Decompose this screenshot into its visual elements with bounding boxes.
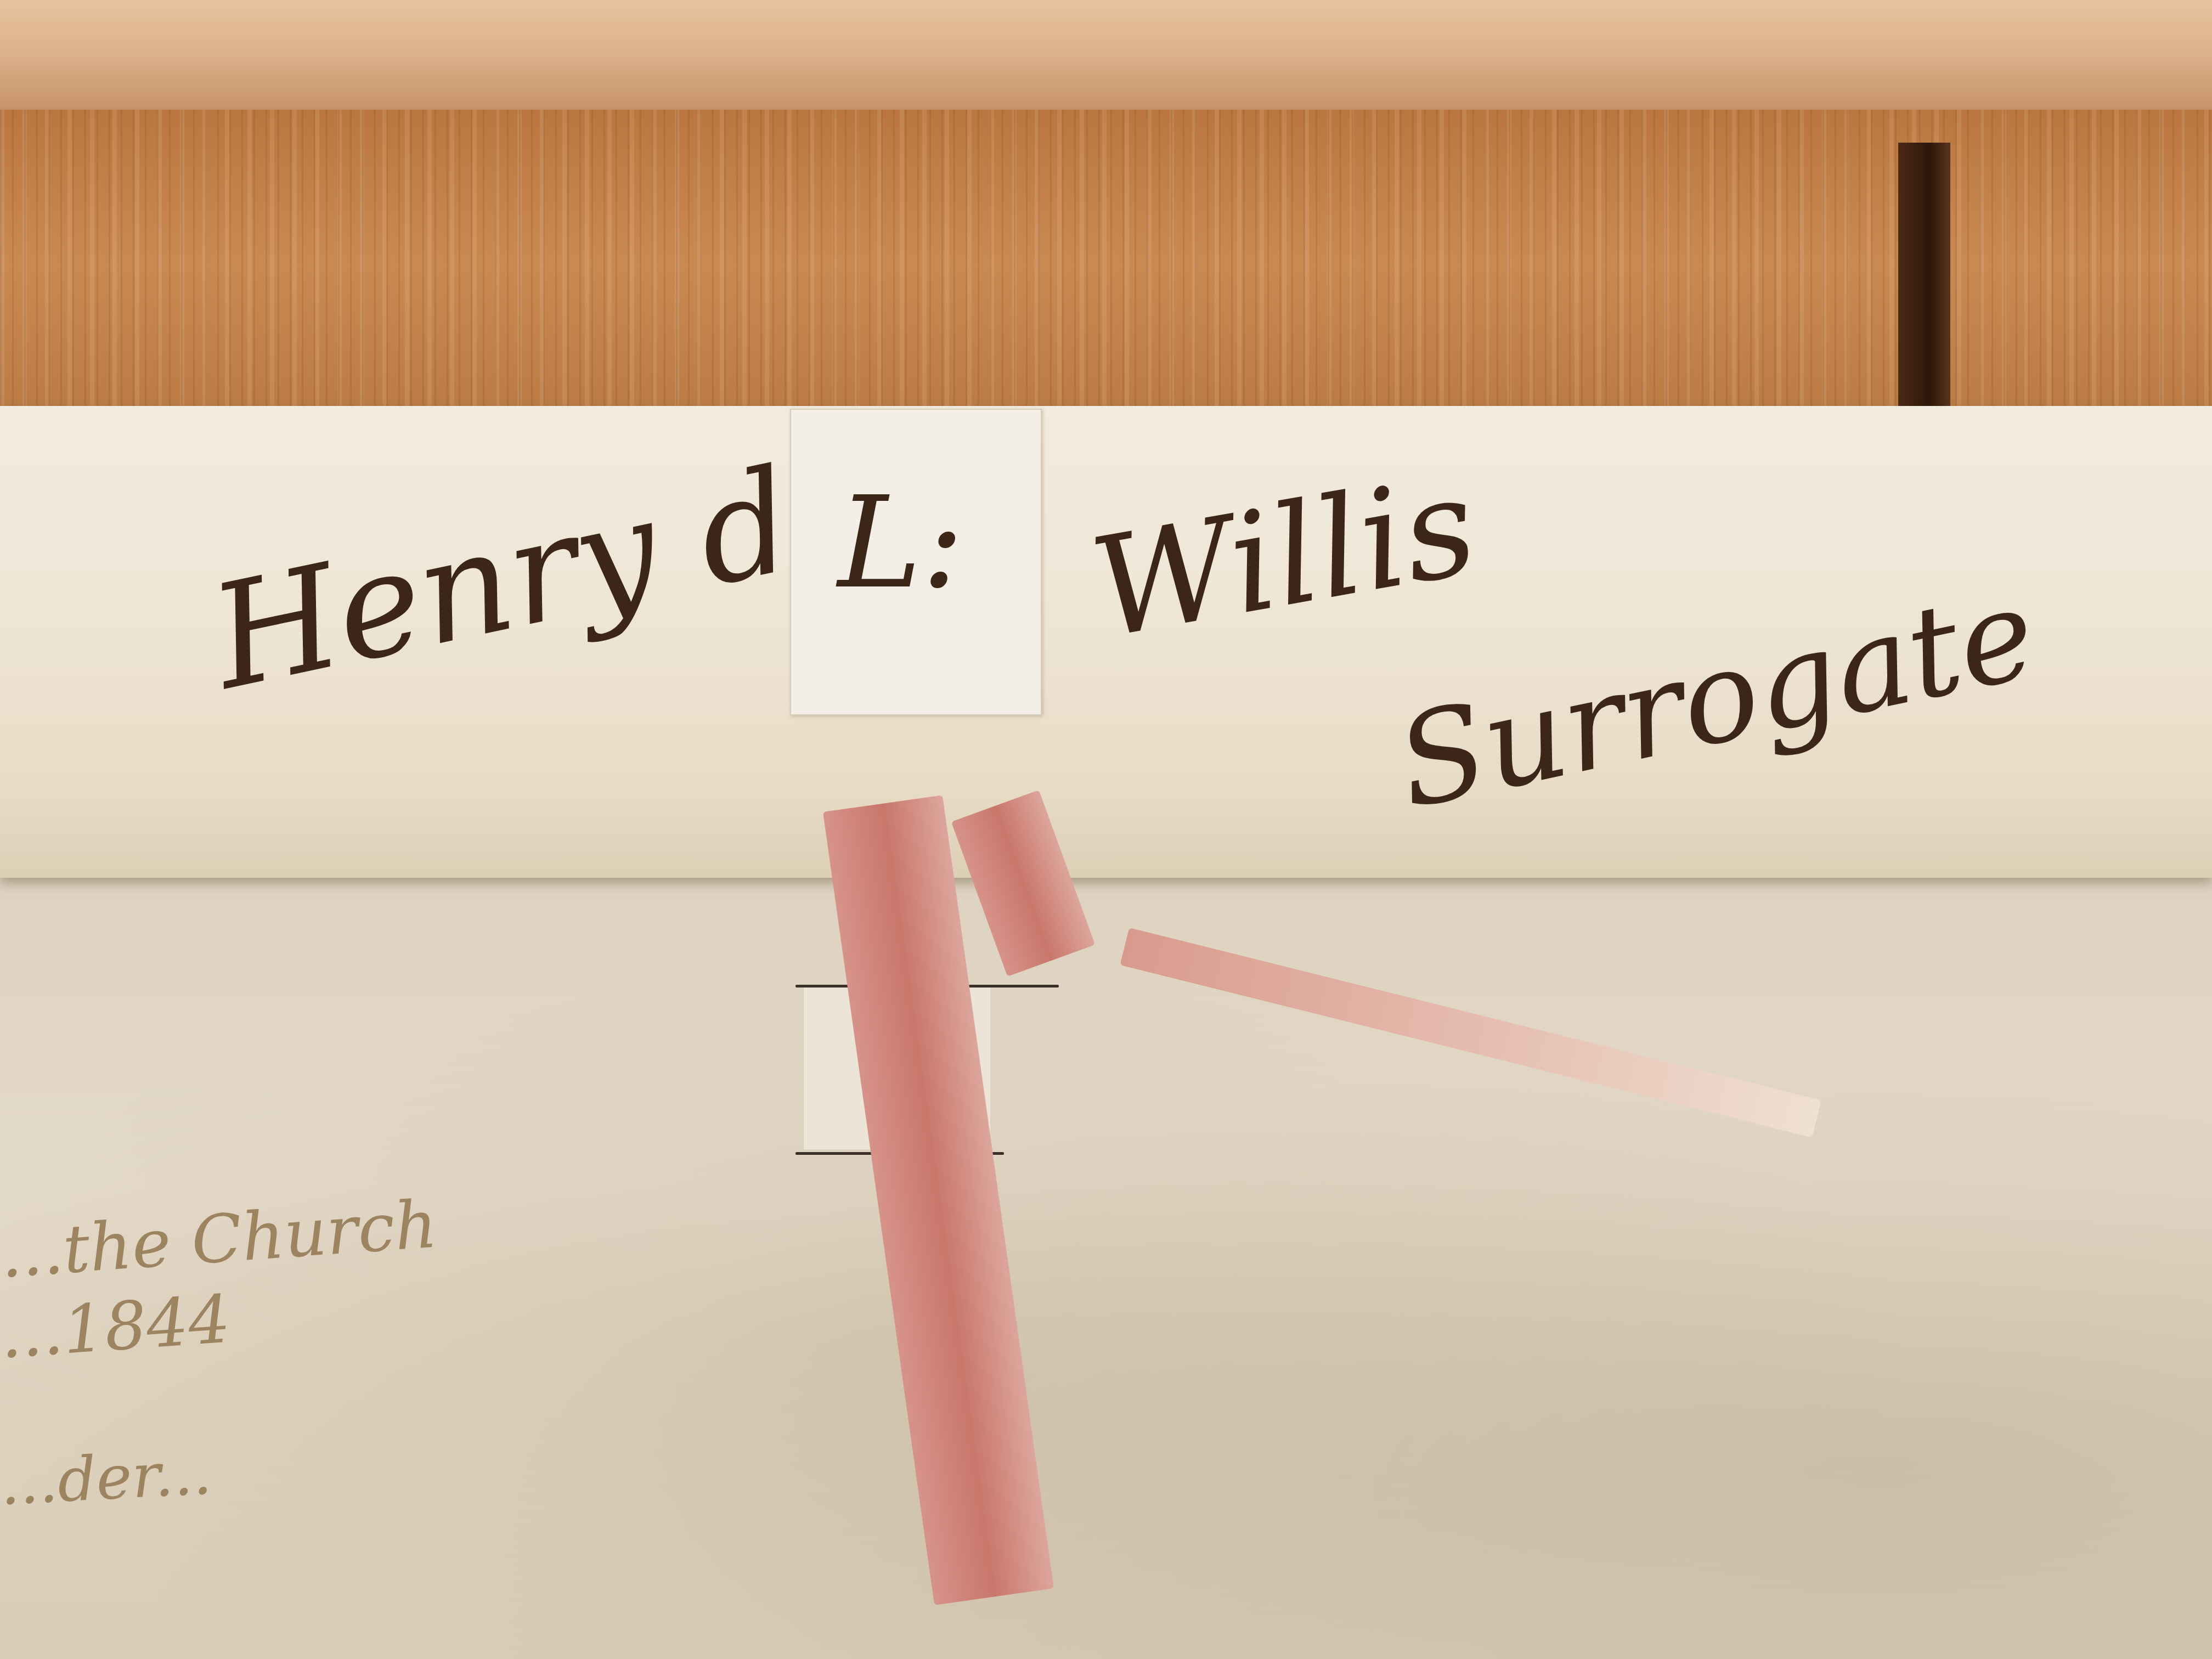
tab-inscription: L: [838,470,964,617]
wood-panel [0,110,2212,417]
vellum-document-fold: Henry de Willis Surrogate [0,406,2212,878]
vellum-document-lower: ...the Church ...1844 ...der... [0,872,2212,1659]
wood-gap [1898,143,1950,417]
paper-tab: L: [790,409,1042,715]
inscription-henry-de: Henry de [199,420,889,722]
lower-text-line-2: ...1844 [0,1282,233,1374]
inscription-willis: Willis [1081,445,1487,669]
wood-rail [0,0,2212,126]
lower-text-line-3: ...der... [0,1437,213,1519]
lower-text-line-1: ...the Church [0,1186,439,1293]
